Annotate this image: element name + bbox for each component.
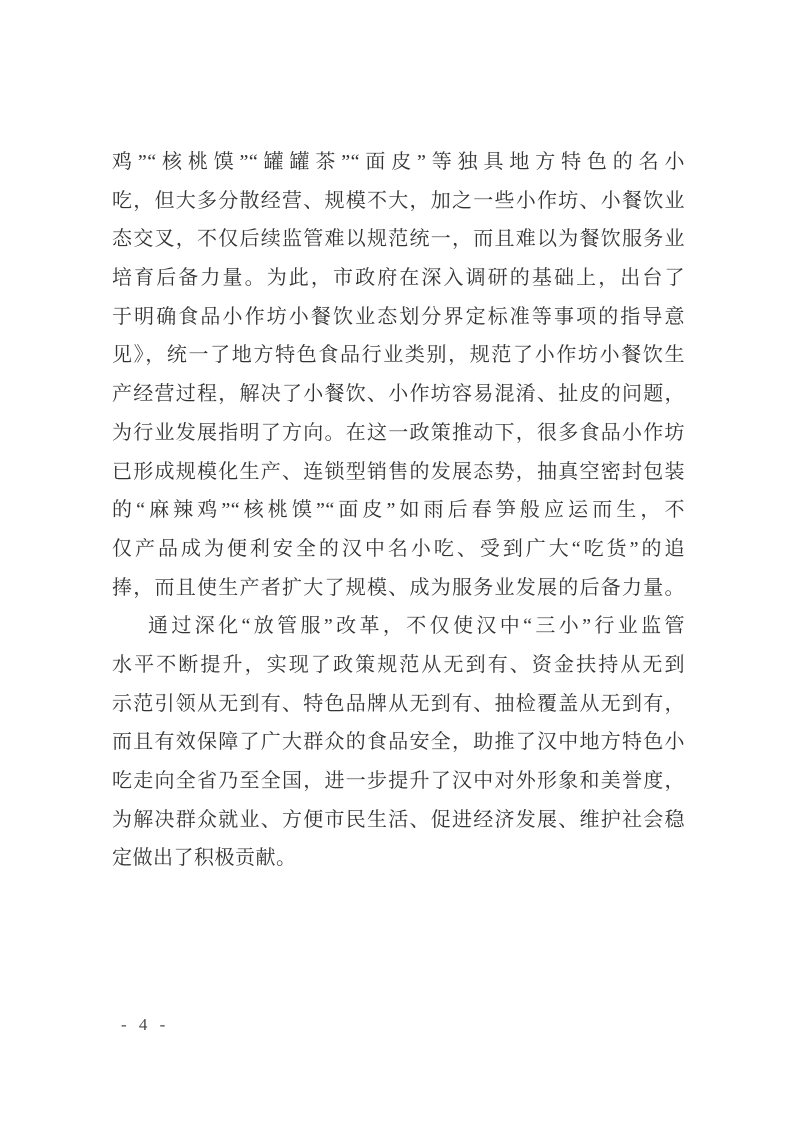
text-line: 定做出了积极贡献。 [112,839,685,878]
text-line: 通过深化“放管服”改革，不仅使汉中“三小”行业监管 [112,607,685,646]
page-number: - 4 - [121,1015,169,1035]
text-line: 水平不断提升，实现了政策规范从无到有、资金扶持从无到有、 [112,646,685,685]
text-line: 为行业发展指明了方向。在这一政策推动下，很多食品小作坊 [112,414,685,453]
text-line: 仅产品成为便利安全的汉中名小吃、受到广大“吃货”的追 [112,530,685,569]
text-line: 示范引领从无到有、特色品牌从无到有、抽检覆盖从无到有， [112,685,685,724]
text-line: 于明确食品小作坊小餐饮业态划分界定标准等事项的指导意 [112,298,685,337]
text-line: 已形成规模化生产、连锁型销售的发展态势，抽真空密封包装 [112,453,685,492]
text-line: 为解决群众就业、方便市民生活、促进经济发展、维护社会稳 [112,801,685,840]
text-line: 吃，但大多分散经营、规模不大，加之一些小作坊、小餐饮业 [112,182,685,221]
text-line: 鸡”“核桃馍”“罐罐茶”“面皮”等独具地方特色的名小 [112,143,685,182]
text-line: 的“麻辣鸡”“核桃馍”“面皮”如雨后春笋般应运而生，不 [112,491,685,530]
text-line: 而且有效保障了广大群众的食品安全，助推了汉中地方特色小 [112,723,685,762]
text-line: 培育后备力量。为此，市政府在深入调研的基础上，出台了《关 [112,259,685,298]
text-line: 产经营过程，解决了小餐饮、小作坊容易混淆、扯皮的问题， [112,375,685,414]
document-page: 鸡”“核桃馍”“罐罐茶”“面皮”等独具地方特色的名小吃，但大多分散经营、规模不大… [0,0,793,1122]
text-line: 态交叉，不仅后续监管难以规范统一，而且难以为餐饮服务业 [112,220,685,259]
body-text: 鸡”“核桃馍”“罐罐茶”“面皮”等独具地方特色的名小吃，但大多分散经营、规模不大… [112,143,685,878]
text-line: 吃走向全省乃至全国，进一步提升了汉中对外形象和美誉度， [112,762,685,801]
text-line: 捧，而且使生产者扩大了规模、成为服务业发展的后备力量。 [112,569,685,608]
text-line: 见》，统一了地方特色食品行业类别，规范了小作坊小餐饮生 [112,336,685,375]
